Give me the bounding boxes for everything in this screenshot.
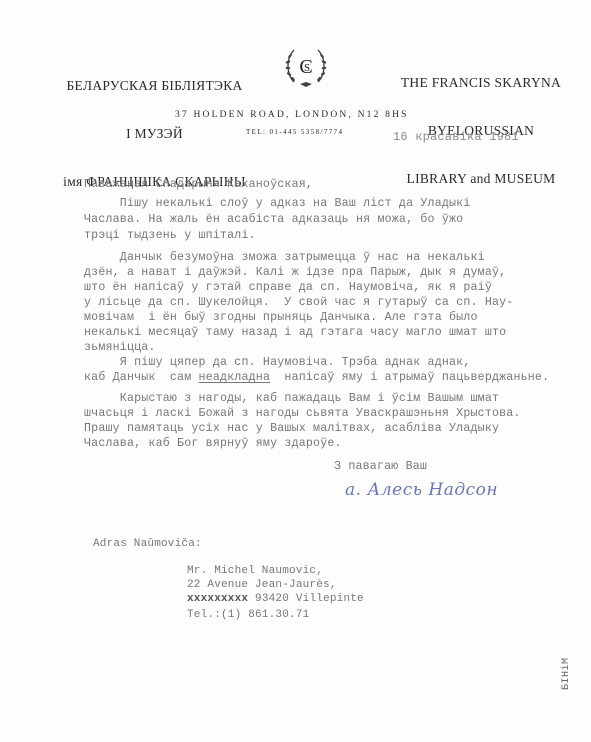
paragraph-4-line-3: Прашу памятаць усіх нас у Вашых малітвах… <box>84 422 499 435</box>
paragraph-3-before: каб Данчык сам <box>84 371 199 384</box>
recipient-phone: Tel.:(1) 861.30.71 <box>187 609 309 621</box>
letterhead-left-line-2: І МУЗЭЙ <box>42 126 267 142</box>
paragraph-4-line-2: шчасьця і ласкі Божай з нагоды сьвята Ув… <box>84 407 521 420</box>
paragraph-4-line-1: Карыстаю з нагоды, каб пажадаць Вам і ўс… <box>84 392 499 405</box>
paragraph-3-line-1: Я пішу цяпер да сп. Наумовіча. Трэба адн… <box>84 356 471 369</box>
letterhead-telephone: TEL: 01-445 5358/7774 <box>246 128 343 136</box>
recipient-city-line: xxxxxxxxx 93420 Villepinte <box>187 593 364 605</box>
paragraph-2-line-2: дзён, а нават і даўжэй. Калі ж ідзе пра … <box>84 266 506 279</box>
paragraph-3-line-2: каб Данчык сам неадкладна напісаў яму і … <box>84 371 549 384</box>
letterhead-right-line-1: THE FRANCIS SKARYNA <box>388 75 574 91</box>
letterhead-left-line-1: БЕЛАРУСКАЯ БІБЛІЯТЭКА <box>42 78 267 94</box>
svg-text:S: S <box>304 62 310 74</box>
paragraph-2-line-1: Данчык безумоўна зможа затрымецца ў нас … <box>84 251 485 264</box>
letterhead-english: THE FRANCIS SKARYNA BYELORUSSIAN LIBRARY… <box>388 43 574 203</box>
archive-stamp: БІНіМ <box>561 657 572 690</box>
recipient-street: 22 Avenue Jean-Jaurès, <box>187 579 337 591</box>
handwritten-signature: а. Алесь Надсон <box>345 480 498 500</box>
paragraph-1-line-3: трэці тыдзень у шпіталі. <box>84 229 256 242</box>
closing: З павагаю Ваш <box>334 460 427 473</box>
greeting: Паважаная Спадарыня Каханоўская, <box>84 178 313 191</box>
struck-out-text: xxxxxxxxx <box>187 593 248 605</box>
postscript-label: Adras Naŭmoviča: <box>93 538 202 550</box>
underlined-word: неадкладна <box>199 371 271 384</box>
recipient-name: Mr. Michel Naumovic, <box>187 565 323 577</box>
paragraph-3-after: напісаў яму і атрымаў пацьверджаньне. <box>270 371 549 384</box>
paragraph-1-line-2: Часлава. На жаль ён асабіста адказаць ня… <box>84 213 463 226</box>
paragraph-4-line-4: Часлава, каб Бог вярнуў яму здароўе. <box>84 437 342 450</box>
letterhead-address: 37 HOLDEN ROAD, LONDON, N12 8HS <box>175 110 409 120</box>
paragraph-2-line-5: мовічам і ён быў згодны прыняць Данчыка.… <box>84 311 478 324</box>
paragraph-2-line-3: што ён напісаў у гэтай справе да сп. Нау… <box>84 281 492 294</box>
paragraph-2-line-6: некалькі месяцаў таму назад і ад гэтага … <box>84 326 506 339</box>
paragraph-1-line-1: Пішу некалькі слоў у адказ на Ваш ліст д… <box>84 197 471 210</box>
recipient-city: 93420 Villepinte <box>255 593 364 605</box>
letter-date: 16 красавіка 1981 <box>393 130 519 144</box>
wreath-monogram-fs-icon: C S <box>284 42 328 90</box>
letterhead-right-line-3: LIBRARY and MUSEUM <box>388 171 574 187</box>
paragraph-2-line-4: у лісьце да сп. Шукелойця. У свой час я … <box>84 296 513 309</box>
paragraph-2-line-7: зьмяніцца. <box>84 341 156 354</box>
